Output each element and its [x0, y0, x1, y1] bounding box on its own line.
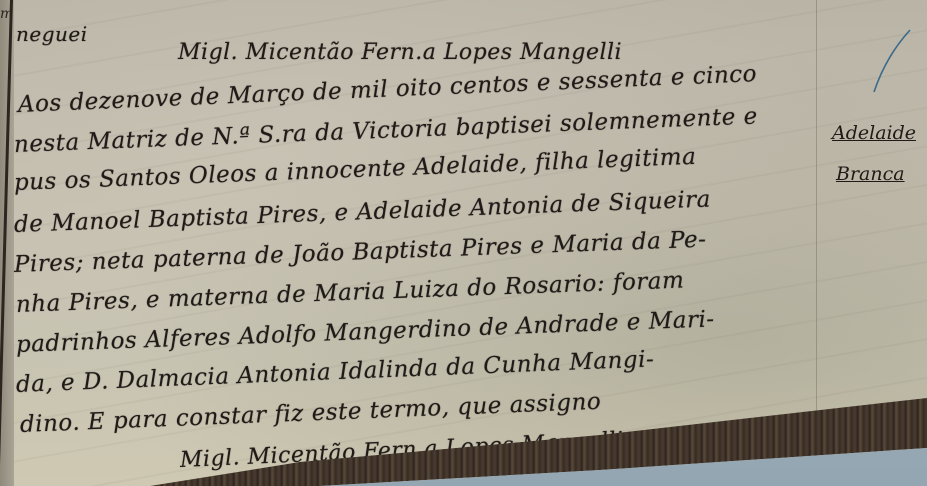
document-photo: m neguei Migl. Micentão Fern.a Lopes Man…: [0, 0, 927, 486]
margin-note-name: Adelaide: [832, 122, 916, 144]
top-fragment: neguei: [16, 22, 88, 46]
left-margin-fragment: m: [0, 6, 13, 22]
right-margin-rule: [816, 0, 817, 420]
heading-signature: Migl. Micentão Fern.a Lopes Mangelli: [178, 40, 622, 65]
check-mark-icon: [872, 28, 912, 98]
margin-note-race: Branca: [836, 163, 905, 185]
